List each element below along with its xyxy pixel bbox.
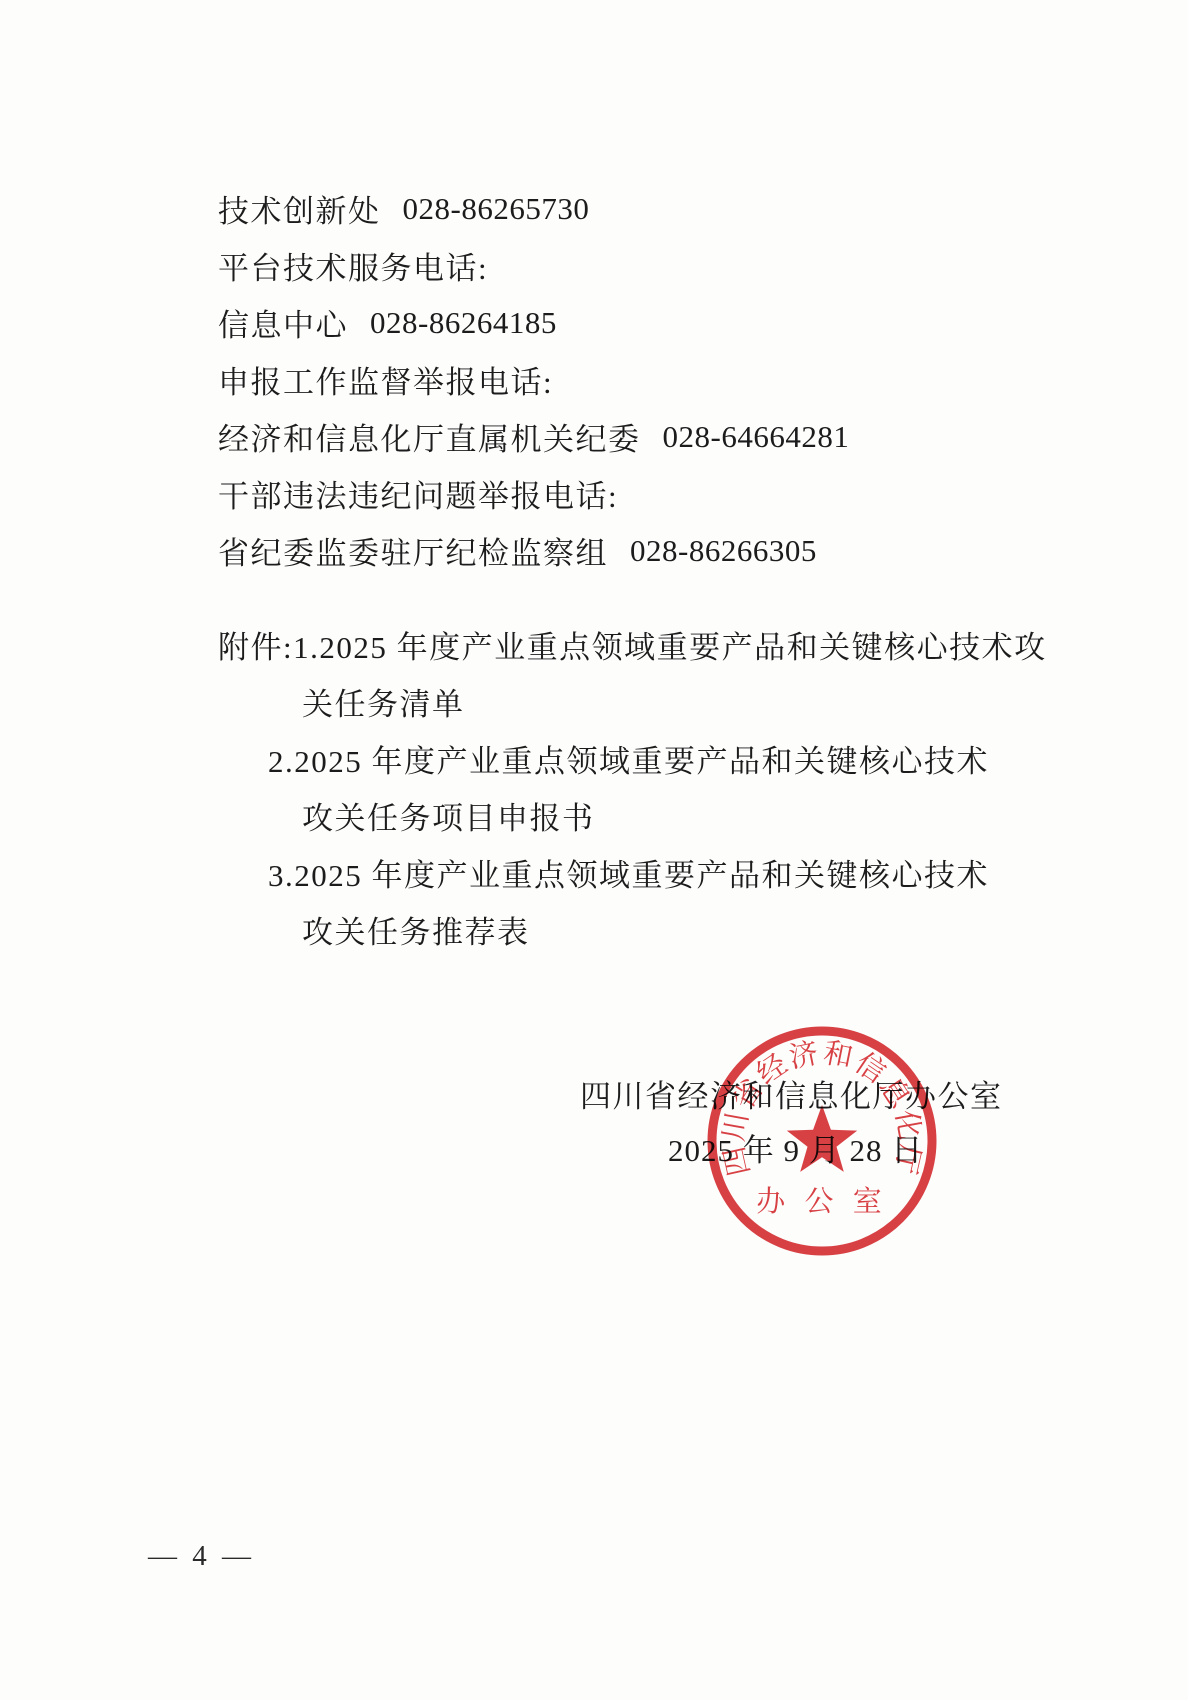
contact-label: 干部违法违纪问题举报电话:: [218, 471, 618, 516]
attachment-line: 攻关任务推荐表: [218, 901, 1047, 958]
page-number: — 4 —: [148, 1540, 255, 1573]
attachment-line: 3.2025 年度产业重点领域重要产品和关键核心技术: [218, 844, 1047, 901]
attachments-block: 附件:1.2025 年度产业重点领域重要产品和关键核心技术攻 关任务清单 2.2…: [218, 616, 1047, 958]
contact-phone: 028-86266305: [630, 533, 817, 569]
contact-line: 平台技术服务电话:: [218, 237, 849, 294]
signature-org: 四川省经济和信息化厅办公室: [580, 1077, 1003, 1117]
contact-phone: 028-86265730: [403, 191, 590, 227]
contact-line: 申报工作监督举报电话:: [218, 351, 849, 408]
contact-phone: 028-86264185: [370, 305, 557, 341]
contact-label: 技术创新处: [218, 186, 381, 231]
contact-label: 经济和信息化厅直属机关纪委: [218, 414, 641, 459]
contact-label: 省纪委监委驻厅纪检监察组: [218, 528, 608, 573]
signature-date: 2025 年 9 月 28 日: [668, 1131, 923, 1171]
document-page: 技术创新处 028-86265730 平台技术服务电话: 信息中心 028-86…: [0, 0, 1188, 1700]
contact-line: 干部违法违纪问题举报电话:: [218, 465, 849, 522]
contact-line: 信息中心 028-86264185: [218, 294, 849, 351]
attachment-line: 2.2025 年度产业重点领域重要产品和关键核心技术: [218, 730, 1047, 787]
attachment-line: 攻关任务项目申报书: [218, 787, 1047, 844]
contact-block: 技术创新处 028-86265730 平台技术服务电话: 信息中心 028-86…: [218, 180, 849, 579]
contact-line: 经济和信息化厅直属机关纪委 028-64664281: [218, 408, 849, 465]
contact-phone: 028-64664281: [663, 419, 850, 455]
attachment-line: 附件:1.2025 年度产业重点领域重要产品和关键核心技术攻: [218, 616, 1047, 673]
contact-line: 省纪委监委驻厅纪检监察组 028-86266305: [218, 522, 849, 579]
stamp-office-text: 办 公 室: [756, 1185, 888, 1218]
attachment-line: 关任务清单: [218, 673, 1047, 730]
contact-label: 信息中心: [218, 300, 348, 345]
contact-label: 申报工作监督举报电话:: [218, 357, 553, 402]
contact-line: 技术创新处 028-86265730: [218, 180, 849, 237]
contact-label: 平台技术服务电话:: [218, 243, 488, 288]
